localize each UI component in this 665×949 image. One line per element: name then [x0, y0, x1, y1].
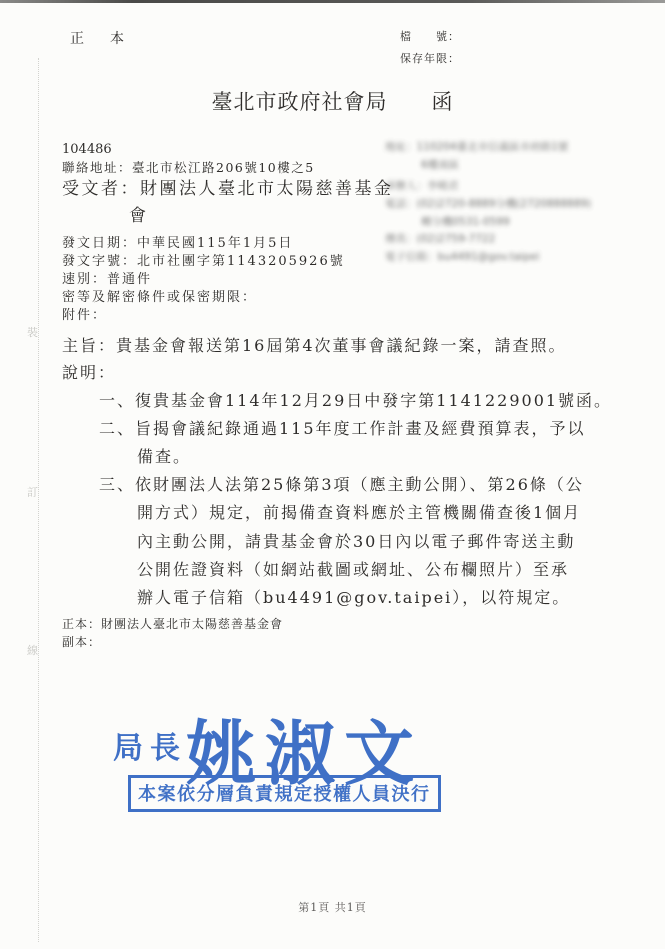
explanation-item-2-line-2: 備查。	[137, 447, 191, 466]
redacted-contact-line: 電話：(02)2720-8889分機(2720888889)	[385, 196, 591, 211]
recipient-line-1: 受文者：財團法人臺北市太陽慈善基金	[62, 179, 394, 199]
page-number-footer: 第1頁 共1頁	[0, 901, 665, 914]
stamp-position-title: 局長	[113, 723, 187, 767]
explanation-item-3-line-2: 開方式）規定，前揭備查資料應於主管機關備查後1個月	[137, 503, 581, 522]
scan-edge-artifact	[0, 0, 665, 3]
attachment-label: 附件：	[62, 308, 107, 324]
issue-date: 發文日期：中華民國115年1月5日	[62, 236, 293, 252]
explanation-item-3-line-3: 內主動公開，請貴基金會於30日內以電子郵件寄送主動	[137, 532, 575, 551]
redacted-contact-line: 轉分機0531-0599	[421, 214, 510, 229]
subject-line: 主旨：貴基金會報送第16屆第4次董事會議紀錄一案，請查照。	[62, 336, 567, 355]
file-number-label: 檔 號：	[400, 30, 460, 43]
document-code: 104486	[62, 142, 112, 158]
binding-mark: 裝	[27, 324, 38, 340]
copy-type-label: 正 本	[70, 31, 130, 48]
cc-copy-recipient: 副本：	[62, 635, 101, 649]
cc-original-recipient: 正本：財團法人臺北市太陽慈善基金會	[62, 617, 283, 631]
explanation-item-1: 一、復貴基金會114年12月29日中發字第1141229001號函。	[99, 391, 612, 410]
explanation-item-3-line-5: 辦人電子信箱（bu4491@gov.taipei），以符規定。	[137, 588, 570, 607]
redacted-contact-line: 地址：110204臺北市信義區市府路1號	[385, 139, 568, 154]
explanation-item-3-line-1: 三、依財團法人法第25條第3項（應主動公開）、第26條（公	[99, 475, 584, 494]
scanned-official-letter: 裝 訂 線 正 本 檔 號： 保存年限： 臺北市政府社會局 函 104486 聯…	[0, 0, 665, 949]
binding-mark: 訂	[27, 484, 38, 500]
binding-mark: 線	[27, 642, 38, 658]
contact-address: 聯絡地址：臺北市松江路206號10樓之5	[62, 160, 315, 175]
document-number: 發文字號：北市社團字第1143205926號	[62, 254, 345, 270]
explanation-item-2-line-1: 二、旨揭會議紀錄通過115年度工作計畫及經費預算表，予以	[99, 419, 586, 438]
security-classification: 密等及解密條件或保密期限：	[62, 290, 257, 306]
explanation-item-3-line-4: 公開佐證資料（如網站截圖或網址、公布欄照片）至承	[137, 560, 569, 579]
redacted-contact-line: 電子信箱：bu4491@gov.taipei	[385, 249, 539, 264]
redacted-contact-line: 傳真：(02)2759-7722	[385, 231, 495, 246]
recipient-line-2: 會	[129, 206, 149, 226]
redacted-contact-line: 6樓南區	[421, 157, 459, 172]
redacted-contact-line: 承辦人：李曉君	[385, 178, 459, 193]
stamp-authorization-box: 本案依分層負責規定授權人員決行	[128, 775, 441, 812]
binding-fold-line	[38, 58, 39, 942]
document-title: 臺北市政府社會局 函	[0, 90, 665, 115]
retention-period-label: 保存年限：	[400, 52, 460, 65]
director-signature-stamp: 局長 姚淑文 本案依分層負責規定授權人員決行	[100, 690, 480, 815]
explanation-label: 說明：	[62, 363, 116, 382]
delivery-speed: 速別：普通件	[62, 272, 152, 288]
